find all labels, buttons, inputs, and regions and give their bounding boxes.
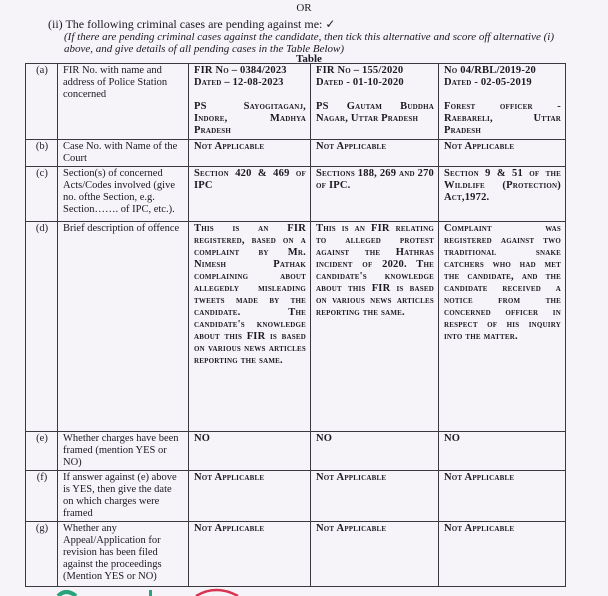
case-3-value: Complaint was registered against two tra… xyxy=(439,222,566,432)
row-label: FIR No. with name and address of Police … xyxy=(58,64,189,140)
case-3-fir: No 04/RBL/2019-20 Dated - 02-05-2019 For… xyxy=(439,64,566,140)
table-row: (c) Section(s) of concerned Acts/Codes i… xyxy=(26,167,566,222)
case-2-value: Sections 188, 269 and 270 of IPC. xyxy=(311,167,439,222)
criminal-cases-table: (a) FIR No. with name and address of Pol… xyxy=(25,63,566,587)
case-1-value: Not Applicable xyxy=(189,140,311,167)
row-label: Section(s) of concerned Acts/Codes invol… xyxy=(58,167,189,222)
statement-text: (ii) The following criminal cases are pe… xyxy=(48,17,322,31)
table-row: (b) Case No. with Name of the Court Not … xyxy=(26,140,566,167)
or-separator: OR xyxy=(0,2,608,14)
row-index: (e) xyxy=(26,432,58,471)
case-2-value: NO xyxy=(311,432,439,471)
table-row: (a) FIR No. with name and address of Pol… xyxy=(26,64,566,140)
case-2-value: Not Applicable xyxy=(311,140,439,167)
table-row: (e) Whether charges have been framed (me… xyxy=(26,432,566,471)
row-index: (a) xyxy=(26,64,58,140)
row-index: (g) xyxy=(26,522,58,587)
police-station: PS Gautam Buddha Nagar, Uttar Pradesh xyxy=(316,101,434,125)
fir-date: Dated - 02-05-2019 xyxy=(444,77,561,89)
instruction-note: (If there are pending criminal cases aga… xyxy=(64,31,584,55)
pending-cases-statement: (ii) The following criminal cases are pe… xyxy=(48,17,335,32)
fir-number: FIR No – 0384/2023 xyxy=(194,65,306,77)
row-label: Whether charges have been framed (mentio… xyxy=(58,432,189,471)
case-3-value: Not Applicable xyxy=(439,471,566,522)
case-1-value: Not Applicable xyxy=(189,522,311,587)
case-2-value: This is an FIR relating to alleged prote… xyxy=(311,222,439,432)
police-station: Forest officer - Raebareli, Uttar Prades… xyxy=(444,101,561,137)
case-1-value: Not Applicable xyxy=(189,471,311,522)
case-1-value: NO xyxy=(189,432,311,471)
case-1-fir: FIR No – 0384/2023 Dated – 12-08-2023 PS… xyxy=(189,64,311,140)
row-index: (b) xyxy=(26,140,58,167)
case-3-value: Section 9 & 51 of the Wildlife (Protecti… xyxy=(439,167,566,222)
row-label: If answer against (e) above is YES, then… xyxy=(58,471,189,522)
case-1-value: This is an FIR registered, based on a co… xyxy=(189,222,311,432)
case-2-value: Not Applicable xyxy=(311,522,439,587)
table-row: (f) If answer against (e) above is YES, … xyxy=(26,471,566,522)
case-3-value: NO xyxy=(439,432,566,471)
fir-date: Dated - 01-10-2020 xyxy=(316,77,434,89)
case-1-value: Section 420 & 469 of IPC xyxy=(189,167,311,222)
row-index: (d) xyxy=(26,222,58,432)
check-mark-icon: ✓ xyxy=(325,17,335,31)
police-station: PS Sayogitaganj, Indore, Madhya Pradesh xyxy=(194,101,306,137)
table-row: (g) Whether any Appeal/Application for r… xyxy=(26,522,566,587)
row-index: (f) xyxy=(26,471,58,522)
row-label: Whether any Appeal/Application for revis… xyxy=(58,522,189,587)
row-index: (c) xyxy=(26,167,58,222)
row-label: Brief description of offence xyxy=(58,222,189,432)
fir-number: No 04/RBL/2019-20 xyxy=(444,65,561,77)
stamp-fragments-icon xyxy=(0,582,608,596)
case-3-value: Not Applicable xyxy=(439,140,566,167)
case-2-value: Not Applicable xyxy=(311,471,439,522)
row-label: Case No. with Name of the Court xyxy=(58,140,189,167)
case-2-fir: FIR No – 155/2020 Dated - 01-10-2020 PS … xyxy=(311,64,439,140)
fir-date: Dated – 12-08-2023 xyxy=(194,77,306,89)
case-3-value: Not Applicable xyxy=(439,522,566,587)
fir-number: FIR No – 155/2020 xyxy=(316,65,434,77)
table-row: (d) Brief description of offence This is… xyxy=(26,222,566,432)
